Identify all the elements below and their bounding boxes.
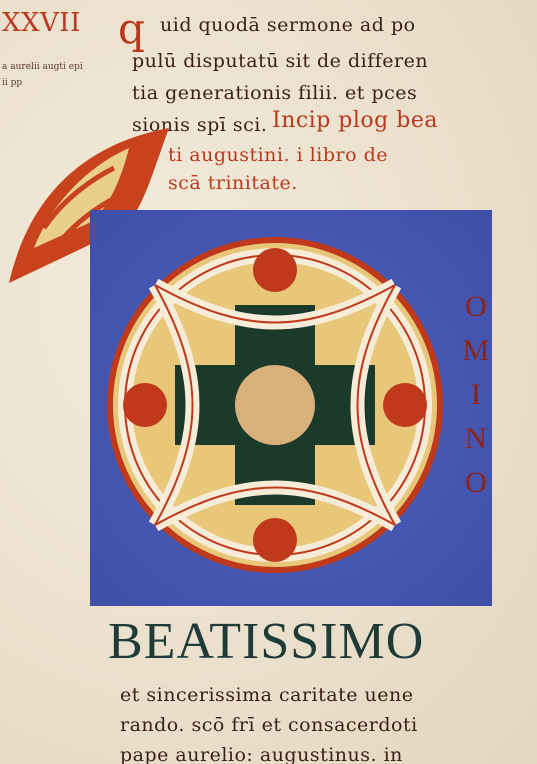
text-line-b1: et sincerissima caritate uene [120,684,413,706]
text-line-2: pulū disputatū sit de differen [132,50,428,72]
letter-i: I [458,373,494,417]
rubric-line-1: ti augustini. i libro de [168,144,388,166]
letter-o: O [458,285,494,329]
text-line-b2: rando. scō frī et consacerdoti [120,714,418,736]
text-line-3: tia generationis filii. et pces [132,82,417,104]
initial-q: q [118,4,145,53]
text-line-b3: pape aurelio: augustinus. in [120,744,403,764]
letter-m: M [458,329,494,373]
letter-n: N [458,417,494,461]
display-title: BEATISSIMO [108,612,424,671]
interlace-initial-d [85,215,465,595]
letter-o2: O [458,461,494,505]
margin-note-1: a aurelii augti epi [2,62,83,72]
margin-note-2: ii pp [2,78,22,88]
rubric-line-2: scā trinitate. [168,172,298,194]
rubric-inline: Incip plog bea [272,108,438,133]
vertical-rubric-omino: O M I N O [458,285,494,505]
text-line-1: uid quodā sermone ad po [160,14,416,36]
margin-number: XXVII [2,8,81,38]
